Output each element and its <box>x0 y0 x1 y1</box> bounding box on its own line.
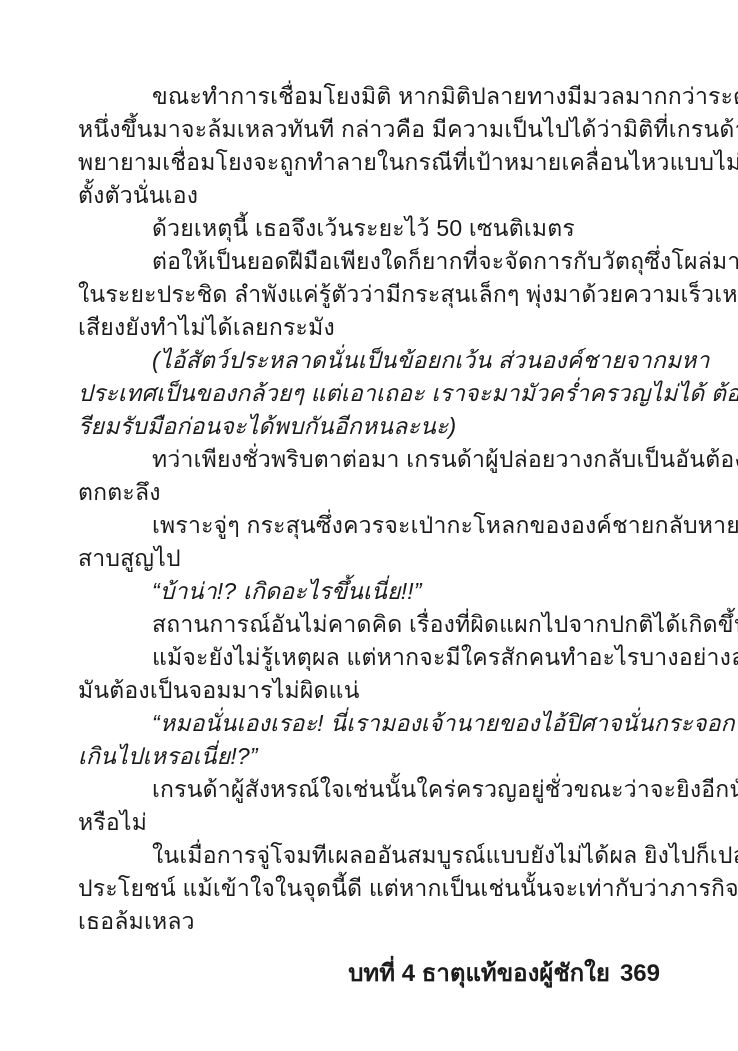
text-line: เกินไปเหรอเนี่ย!?” <box>78 740 660 773</box>
text-line: พยายามเชื่อมโยงจะถูกทำลายในกรณีที่เป้าหม… <box>78 146 660 179</box>
text-line: ในเมื่อการจู่โจมทีเผลออันสมบูรณ์แบบยังไม… <box>78 839 660 872</box>
text-line: ประเทศเป็นของกล้วยๆ แต่เอาเถอะ เราจะมามั… <box>78 377 660 410</box>
book-page: ขณะทำการเชื่อมโยงมิติ หากมิติปลายทางมีมว… <box>0 0 738 1051</box>
text-line: ขณะทำการเชื่อมโยงมิติ หากมิติปลายทางมีมว… <box>78 80 660 113</box>
text-line: ต่อให้เป็นยอดฝีมือเพียงใดก็ยากที่จะจัดกา… <box>78 245 660 278</box>
text-line: ด้วยเหตุนี้ เธอจึงเว้นระยะไว้ 50 เซนติเม… <box>78 212 660 245</box>
text-line: มันต้องเป็นจอมมารไม่ผิดแน่ <box>78 674 660 707</box>
text-line: เธอล้มเหลว <box>78 905 660 938</box>
text-line: แม้จะยังไม่รู้เหตุผล แต่หากจะมีใครสักคนท… <box>78 641 660 674</box>
text-line: หรือไม่ <box>78 806 660 839</box>
text-line: (ไอ้สัตว์ประหลาดนั่นเป็นข้อยกเว้น ส่วนอง… <box>78 344 660 377</box>
text-line: “หมอนั่นเองเรอะ! นี่เรามองเจ้านายของไอ้ป… <box>78 707 660 740</box>
text-line: เพราะจู่ๆ กระสุนซึ่งควรจะเป่ากะโหลกขององ… <box>78 509 660 542</box>
text-line: หนึ่งขึ้นมาจะล้มเหลวทันที กล่าวคือ มีควา… <box>78 113 660 146</box>
text-line: รียมรับมือก่อนจะได้พบกันอีกหนละนะ) <box>78 410 660 443</box>
page-footer: บทที่ 4 ธาตุแท้ของผู้ชักใย369 <box>348 959 660 989</box>
text-line: ทว่าเพียงชั่วพริบตาต่อมา เกรนด้าผู้ปล่อย… <box>78 443 660 476</box>
chapter-heading: บทที่ 4 ธาตุแท้ของผู้ชักใย <box>348 960 610 987</box>
text-line: ตั้งตัวนั่นเอง <box>78 179 660 212</box>
text-line: ตกตะลึง <box>78 476 660 509</box>
text-line: ประโยชน์ แม้เข้าใจในจุดนี้ดี แต่หากเป็นเ… <box>78 872 660 905</box>
text-line: เกรนด้าผู้สังหรณ์ใจเช่นนั้นใคร่ครวญอยู่ช… <box>78 773 660 806</box>
text-line: สาบสูญไป <box>78 542 660 575</box>
page-number: 369 <box>620 960 660 987</box>
text-line: เสียงยังทำไม่ได้เลยกระมัง <box>78 311 660 344</box>
page-text: ขณะทำการเชื่อมโยงมิติ หากมิติปลายทางมีมว… <box>78 80 660 938</box>
text-line: ในระยะประชิด ลำพังแค่รู้ตัวว่ามีกระสุนเล… <box>78 278 660 311</box>
text-line: สถานการณ์อันไม่คาดคิด เรื่องที่ผิดแผกไปจ… <box>78 608 660 641</box>
text-line: “บ้าน่า!? เกิดอะไรขึ้นเนี่ย!!” <box>78 575 660 608</box>
